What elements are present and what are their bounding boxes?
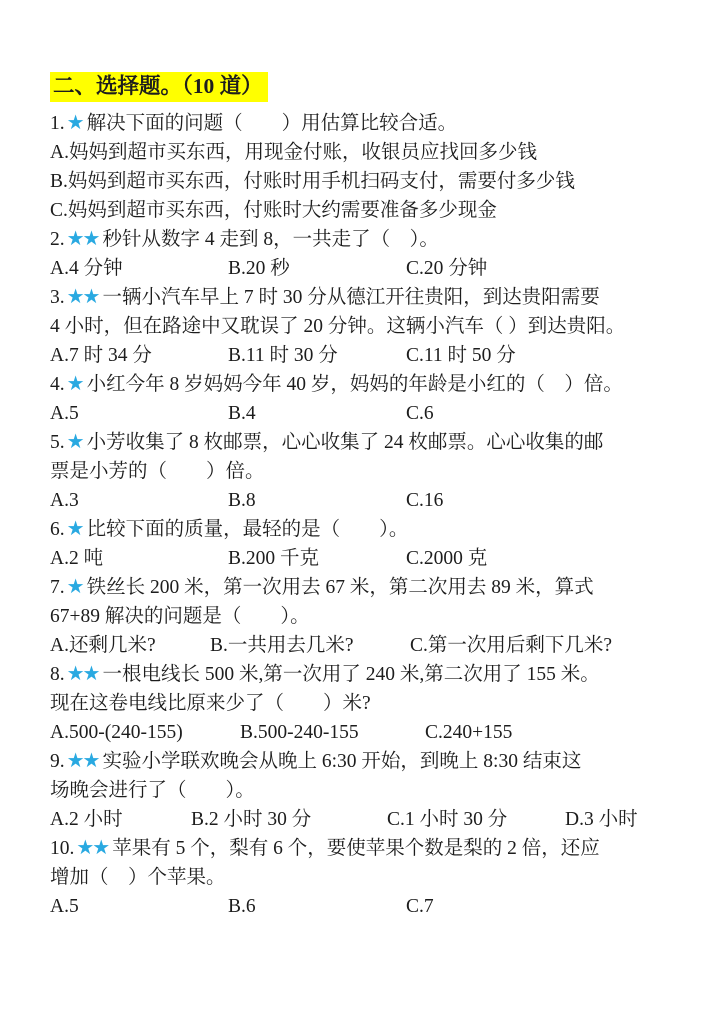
question-8-continuation: 现在这卷电线比原来少了（ ）米? bbox=[50, 689, 704, 718]
option-c: C.6 bbox=[406, 399, 434, 428]
option-b: B.一共用去几米? bbox=[210, 631, 410, 660]
question-text: 苹果有 5 个，梨有 6 个，要使苹果个数是梨的 2 倍，还应 bbox=[112, 838, 600, 859]
option-b: B.500-240-155 bbox=[240, 718, 425, 747]
star-rating-icon: ★ bbox=[67, 373, 83, 395]
option-a: A.妈妈到超市买东西，用现金付账，收银员应找回多少钱 bbox=[50, 138, 704, 167]
option-b: B.2 小时 30 分 bbox=[191, 805, 387, 834]
options-row: A.2 小时 B.2 小时 30 分 C.1 小时 30 分 D.3 小时 bbox=[50, 805, 704, 834]
star-rating-icon: ★ bbox=[67, 112, 83, 134]
option-b: B.6 bbox=[228, 892, 406, 921]
option-a: A.4 分钟 bbox=[50, 254, 228, 283]
option-a: A.7 时 34 分 bbox=[50, 341, 228, 370]
star-rating-icon: ★ bbox=[67, 518, 83, 540]
option-c: C.20 分钟 bbox=[406, 254, 487, 283]
option-a: A.3 bbox=[50, 486, 228, 515]
star-rating-icon: ★★ bbox=[67, 286, 99, 308]
question-8: 8.★★一根电线长 500 米,第一次用了 240 米,第二次用了 155 米。… bbox=[50, 660, 704, 747]
question-9-continuation: 场晚会进行了（ ）。 bbox=[50, 776, 704, 805]
star-rating-icon: ★★ bbox=[67, 663, 99, 685]
question-text: 铁丝长 200 米，第一次用去 67 米，第二次用去 89 米，算式 bbox=[87, 577, 594, 598]
options-row: A.5 B.4 C.6 bbox=[50, 399, 704, 428]
question-4-stem: 4.★小红今年 8 岁妈妈今年 40 岁，妈妈的年龄是小红的（ ）倍。 bbox=[50, 370, 704, 399]
option-d: D.3 小时 bbox=[565, 805, 638, 834]
option-b: B.4 bbox=[228, 399, 406, 428]
question-10-continuation: 增加（ ）个苹果。 bbox=[50, 863, 704, 892]
option-a: A.5 bbox=[50, 399, 228, 428]
option-c: C.11 时 50 分 bbox=[406, 341, 516, 370]
question-text: 一根电线长 500 米,第一次用了 240 米,第二次用了 155 米。 bbox=[102, 664, 599, 685]
star-rating-icon: ★ bbox=[67, 431, 83, 453]
option-a: A.2 吨 bbox=[50, 544, 228, 573]
question-number: 7. bbox=[50, 577, 65, 598]
option-b: B.11 时 30 分 bbox=[228, 341, 406, 370]
question-number: 4. bbox=[50, 374, 65, 395]
question-text: 比较下面的质量，最轻的是（ ）。 bbox=[87, 519, 409, 540]
question-number: 10. bbox=[50, 838, 74, 859]
section-header-row: 二、选择题。（10 道） bbox=[50, 72, 704, 102]
option-c: C.第一次用后剩下几米? bbox=[410, 631, 612, 660]
option-a: A.还剩几米? bbox=[50, 631, 210, 660]
question-number: 1. bbox=[50, 113, 65, 134]
options-row: A.5 B.6 C.7 bbox=[50, 892, 704, 921]
question-7-stem: 7.★铁丝长 200 米，第一次用去 67 米，第二次用去 89 米，算式 bbox=[50, 573, 704, 602]
option-c: C.1 小时 30 分 bbox=[387, 805, 565, 834]
question-number: 3. bbox=[50, 287, 65, 308]
option-c: C.16 bbox=[406, 486, 443, 515]
question-text: 小红今年 8 岁妈妈今年 40 岁，妈妈的年龄是小红的（ ）倍。 bbox=[87, 374, 623, 395]
option-a: A.2 小时 bbox=[50, 805, 191, 834]
option-c: C.7 bbox=[406, 892, 434, 921]
question-2: 2.★★秒针从数字 4 走到 8，一共走了（ ）。 A.4 分钟 B.20 秒 … bbox=[50, 225, 704, 283]
question-1: 1.★解决下面的问题（ ）用估算比较合适。 A.妈妈到超市买东西，用现金付账，收… bbox=[50, 109, 704, 225]
question-4: 4.★小红今年 8 岁妈妈今年 40 岁，妈妈的年龄是小红的（ ）倍。 A.5 … bbox=[50, 370, 704, 428]
question-text: 一辆小汽车早上 7 时 30 分从德江开往贵阳，到达贵阳需要 bbox=[102, 287, 599, 308]
question-text: 解决下面的问题（ ）用估算比较合适。 bbox=[87, 113, 458, 134]
question-text: 实验小学联欢晚会从晚上 6:30 开始，到晚上 8:30 结束这 bbox=[102, 751, 581, 772]
question-text: 小芳收集了 8 枚邮票，心心收集了 24 枚邮票。心心收集的邮 bbox=[87, 432, 604, 453]
option-b: B.20 秒 bbox=[228, 254, 406, 283]
question-5-stem: 5.★小芳收集了 8 枚邮票，心心收集了 24 枚邮票。心心收集的邮 bbox=[50, 428, 704, 457]
star-rating-icon: ★★ bbox=[76, 837, 108, 859]
option-b: B.8 bbox=[228, 486, 406, 515]
option-b: B.妈妈到超市买东西，付账时用手机扫码支付，需要付多少钱 bbox=[50, 167, 704, 196]
question-5: 5.★小芳收集了 8 枚邮票，心心收集了 24 枚邮票。心心收集的邮 票是小芳的… bbox=[50, 428, 704, 515]
question-2-stem: 2.★★秒针从数字 4 走到 8，一共走了（ ）。 bbox=[50, 225, 704, 254]
question-9: 9.★★实验小学联欢晚会从晚上 6:30 开始，到晚上 8:30 结束这 场晚会… bbox=[50, 747, 704, 834]
question-3-stem: 3.★★一辆小汽车早上 7 时 30 分从德江开往贵阳，到达贵阳需要 bbox=[50, 283, 704, 312]
question-5-continuation: 票是小芳的（ ）倍。 bbox=[50, 457, 704, 486]
question-10: 10.★★苹果有 5 个，梨有 6 个，要使苹果个数是梨的 2 倍，还应 增加（… bbox=[50, 834, 704, 921]
question-3: 3.★★一辆小汽车早上 7 时 30 分从德江开往贵阳，到达贵阳需要 4 小时，… bbox=[50, 283, 704, 370]
question-3-continuation: 4 小时，但在路途中又耽误了 20 分钟。这辆小汽车（ ）到达贵阳。 bbox=[50, 312, 704, 341]
question-number: 9. bbox=[50, 751, 65, 772]
star-rating-icon: ★★ bbox=[67, 228, 99, 250]
question-9-stem: 9.★★实验小学联欢晚会从晚上 6:30 开始，到晚上 8:30 结束这 bbox=[50, 747, 704, 776]
worksheet-page: 二、选择题。（10 道） 1.★解决下面的问题（ ）用估算比较合适。 A.妈妈到… bbox=[0, 0, 724, 921]
star-rating-icon: ★ bbox=[67, 576, 83, 598]
question-7: 7.★铁丝长 200 米，第一次用去 67 米，第二次用去 89 米，算式 67… bbox=[50, 573, 704, 660]
question-6: 6.★比较下面的质量，最轻的是（ ）。 A.2 吨 B.200 千克 C.200… bbox=[50, 515, 704, 573]
options-row: A.2 吨 B.200 千克 C.2000 克 bbox=[50, 544, 704, 573]
option-c: C.2000 克 bbox=[406, 544, 487, 573]
question-8-stem: 8.★★一根电线长 500 米,第一次用了 240 米,第二次用了 155 米。 bbox=[50, 660, 704, 689]
option-a: A.500-(240-155) bbox=[50, 718, 240, 747]
star-rating-icon: ★★ bbox=[67, 750, 99, 772]
question-1-stem: 1.★解决下面的问题（ ）用估算比较合适。 bbox=[50, 109, 704, 138]
option-c: C.妈妈到超市买东西，付账时大约需要准备多少现金 bbox=[50, 196, 704, 225]
question-10-stem: 10.★★苹果有 5 个，梨有 6 个，要使苹果个数是梨的 2 倍，还应 bbox=[50, 834, 704, 863]
section-title: 二、选择题。（10 道） bbox=[50, 72, 268, 102]
option-a: A.5 bbox=[50, 892, 228, 921]
question-number: 2. bbox=[50, 229, 65, 250]
option-c: C.240+155 bbox=[425, 718, 512, 747]
question-number: 5. bbox=[50, 432, 65, 453]
options-row: A.4 分钟 B.20 秒 C.20 分钟 bbox=[50, 254, 704, 283]
question-text: 秒针从数字 4 走到 8，一共走了（ ）。 bbox=[102, 229, 438, 250]
question-6-stem: 6.★比较下面的质量，最轻的是（ ）。 bbox=[50, 515, 704, 544]
options-row: A.3 B.8 C.16 bbox=[50, 486, 704, 515]
question-number: 8. bbox=[50, 664, 65, 685]
options-row: A.500-(240-155) B.500-240-155 C.240+155 bbox=[50, 718, 704, 747]
option-b: B.200 千克 bbox=[228, 544, 406, 573]
options-row: A.还剩几米? B.一共用去几米? C.第一次用后剩下几米? bbox=[50, 631, 704, 660]
options-row: A.7 时 34 分 B.11 时 30 分 C.11 时 50 分 bbox=[50, 341, 704, 370]
question-7-continuation: 67+89 解决的问题是（ ）。 bbox=[50, 602, 704, 631]
question-number: 6. bbox=[50, 519, 65, 540]
